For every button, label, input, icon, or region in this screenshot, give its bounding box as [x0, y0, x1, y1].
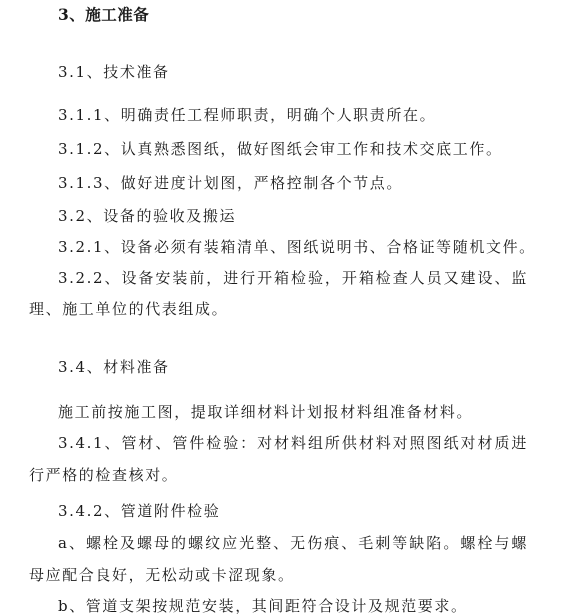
subsection-title-3-4: 3.4、材料准备 [58, 358, 170, 376]
paragraph-3-4-2-title: 3.4.2、管道附件检验 [58, 502, 220, 520]
paragraph-3-4-2-a-continued: 母应配合良好，无松动或卡涩现象。 [29, 566, 295, 584]
paragraph-3-4-1: 3.4.1、管材、管件检验：对材料组所供材料对照图纸对材质进 [58, 434, 528, 452]
paragraph-3-2-2-continued: 理、施工单位的代表组成。 [29, 300, 228, 318]
paragraph-3-2-1: 3.2.1、设备必须有装箱清单、图纸说明书、合格证等随机文件。 [58, 238, 536, 256]
paragraph-3-4-intro: 施工前按施工图，提取详细材料计划报材料组准备材料。 [58, 403, 473, 421]
paragraph-3-4-2-a: a、螺栓及螺母的螺纹应光整、无伤痕、毛刺等缺陷。螺栓与螺 [58, 534, 528, 552]
paragraph-3-4-2-b: b、管道支架按规范安装，其间距符合设计及规范要求。 [58, 597, 468, 614]
paragraph-3-1-3: 3.1.3、做好进度计划图，严格控制各个节点。 [58, 174, 403, 192]
paragraph-3-1-2: 3.1.2、认真熟悉图纸，做好图纸会审工作和技术交底工作。 [58, 140, 503, 158]
section-title: 3、施工准备 [58, 6, 149, 24]
paragraph-3-4-1-continued: 行严格的检查核对。 [29, 466, 178, 484]
subsection-title-3-1: 3.1、技术准备 [58, 63, 170, 81]
paragraph-3-2-2: 3.2.2、设备安装前，进行开箱检验，开箱检查人员又建设、监 [58, 269, 528, 287]
paragraph-3-1-1: 3.1.1、明确责任工程师职责，明确个人职责所在。 [58, 106, 436, 124]
subsection-title-3-2: 3.2、设备的验收及搬运 [58, 207, 236, 225]
